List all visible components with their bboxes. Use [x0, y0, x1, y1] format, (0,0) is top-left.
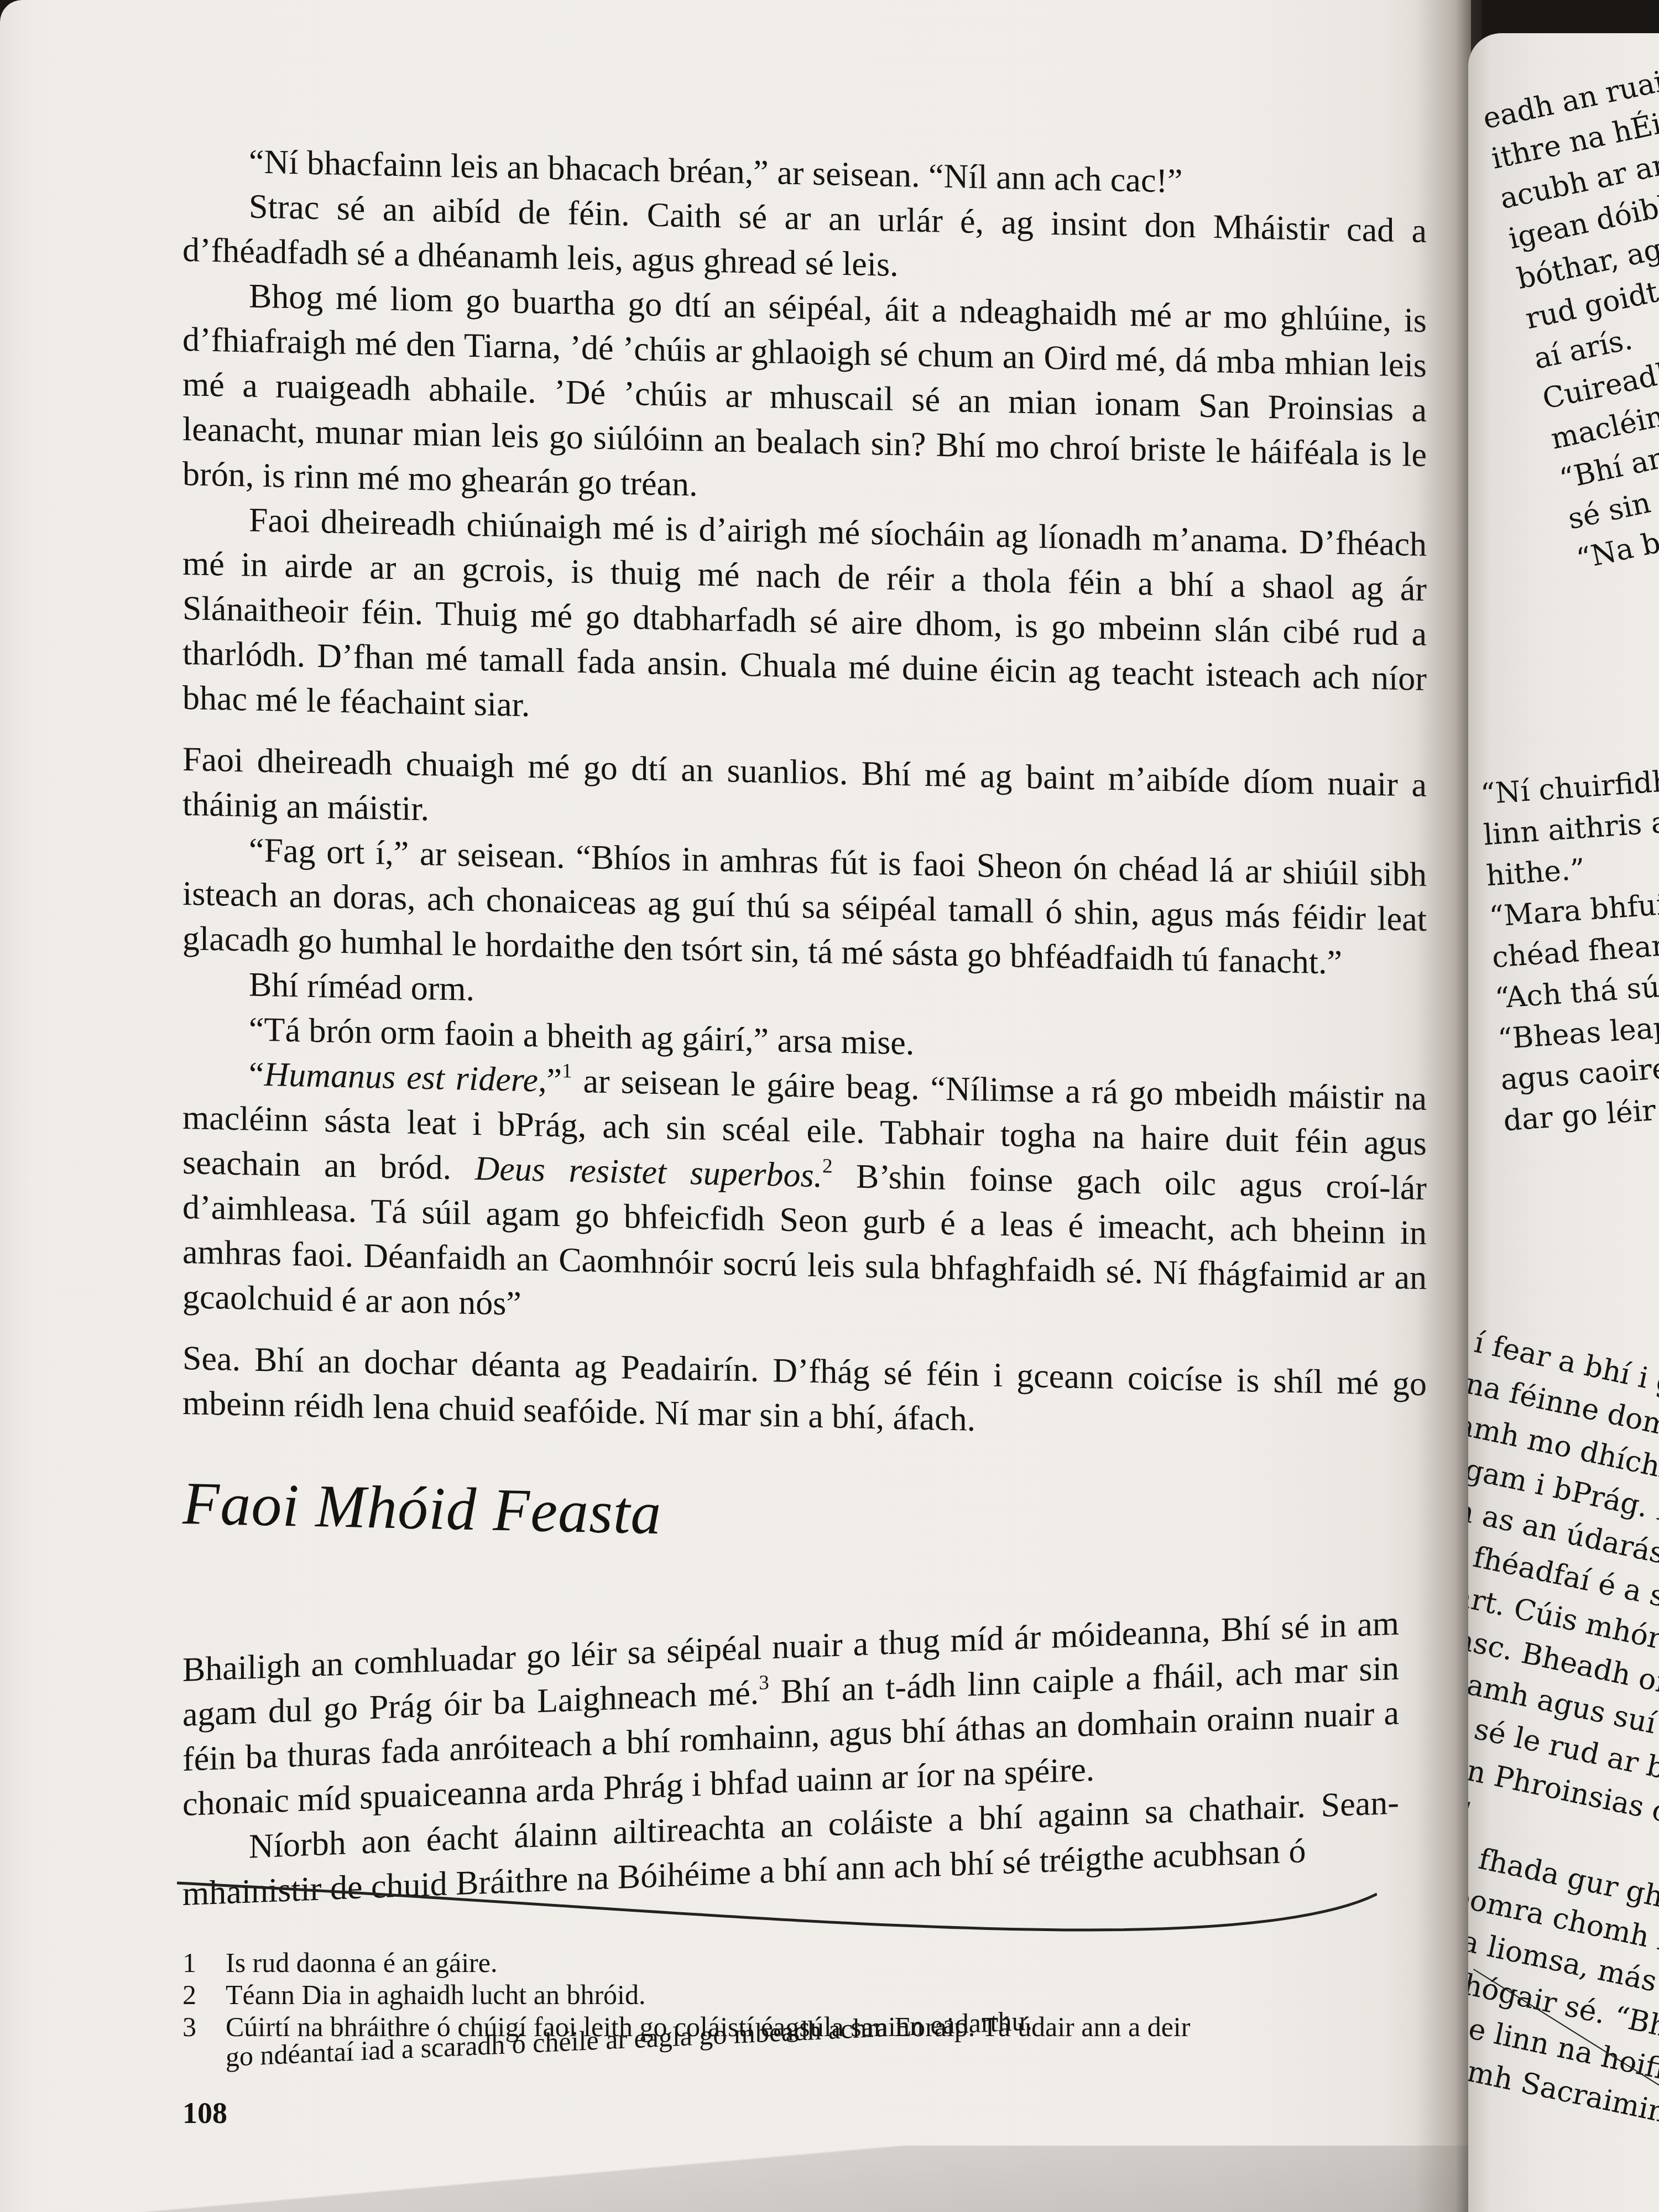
footnote-ref-2[interactable]: 2 — [822, 1155, 833, 1177]
paragraph: Bhog mé liom go buartha go dtí an séipéa… — [182, 273, 1427, 523]
right-page-text-lower: í fear a bhí i gceannas orr na féinne do… — [1468, 1322, 1659, 2183]
latin-phrase: Deus resistet superbos. — [475, 1150, 823, 1194]
footnotes: 1 Is rud daonna é an gáire. 2 Téann Dia … — [182, 1947, 1371, 2075]
section-text-block: Bhailigh an comhluadar go léir sa séipéa… — [182, 1601, 1399, 1917]
paragraph-with-latin-quotes: “Humanus est ridere,”1 ar seisean le gái… — [182, 1051, 1427, 1345]
footnote-ref-3[interactable]: 3 — [759, 1671, 769, 1694]
main-text-block: “Ní bhacfainn leis an bhacach bréan,” ar… — [182, 138, 1427, 1601]
footnote-divider — [177, 1880, 1377, 1936]
left-book-page: “Ní bhacfainn leis an bhacach bréan,” ar… — [0, 0, 1471, 2212]
page-number: 108 — [182, 2096, 227, 2130]
paragraph: “Fag ort í,” ar seisean. “Bhíos in amhra… — [182, 827, 1427, 987]
right-book-page: eadh an ruaig orthub ithre na hÉireann c… — [1468, 33, 1659, 2212]
paragraph: Sea. Bhí an dochar déanta ag Peadairín. … — [182, 1336, 1427, 1452]
footnote-1: 1 Is rud daonna é an gáire. — [182, 1947, 1371, 1979]
section-heading: Faoi Mhóid Feasta — [182, 1470, 1427, 1562]
latin-phrase: Humanus est ridere, — [264, 1056, 547, 1099]
paragraph: Faoi dheireadh chiúnaigh mé is d’airigh … — [182, 497, 1427, 747]
footnote-ref-1[interactable]: 1 — [562, 1060, 572, 1082]
right-page-text-upper: eadh an ruaig orthub ithre na hÉireann c… — [1479, 33, 1659, 580]
right-page-text-middle: “Ní chuirfidh sé isteach no linn aithris… — [1479, 747, 1659, 1141]
